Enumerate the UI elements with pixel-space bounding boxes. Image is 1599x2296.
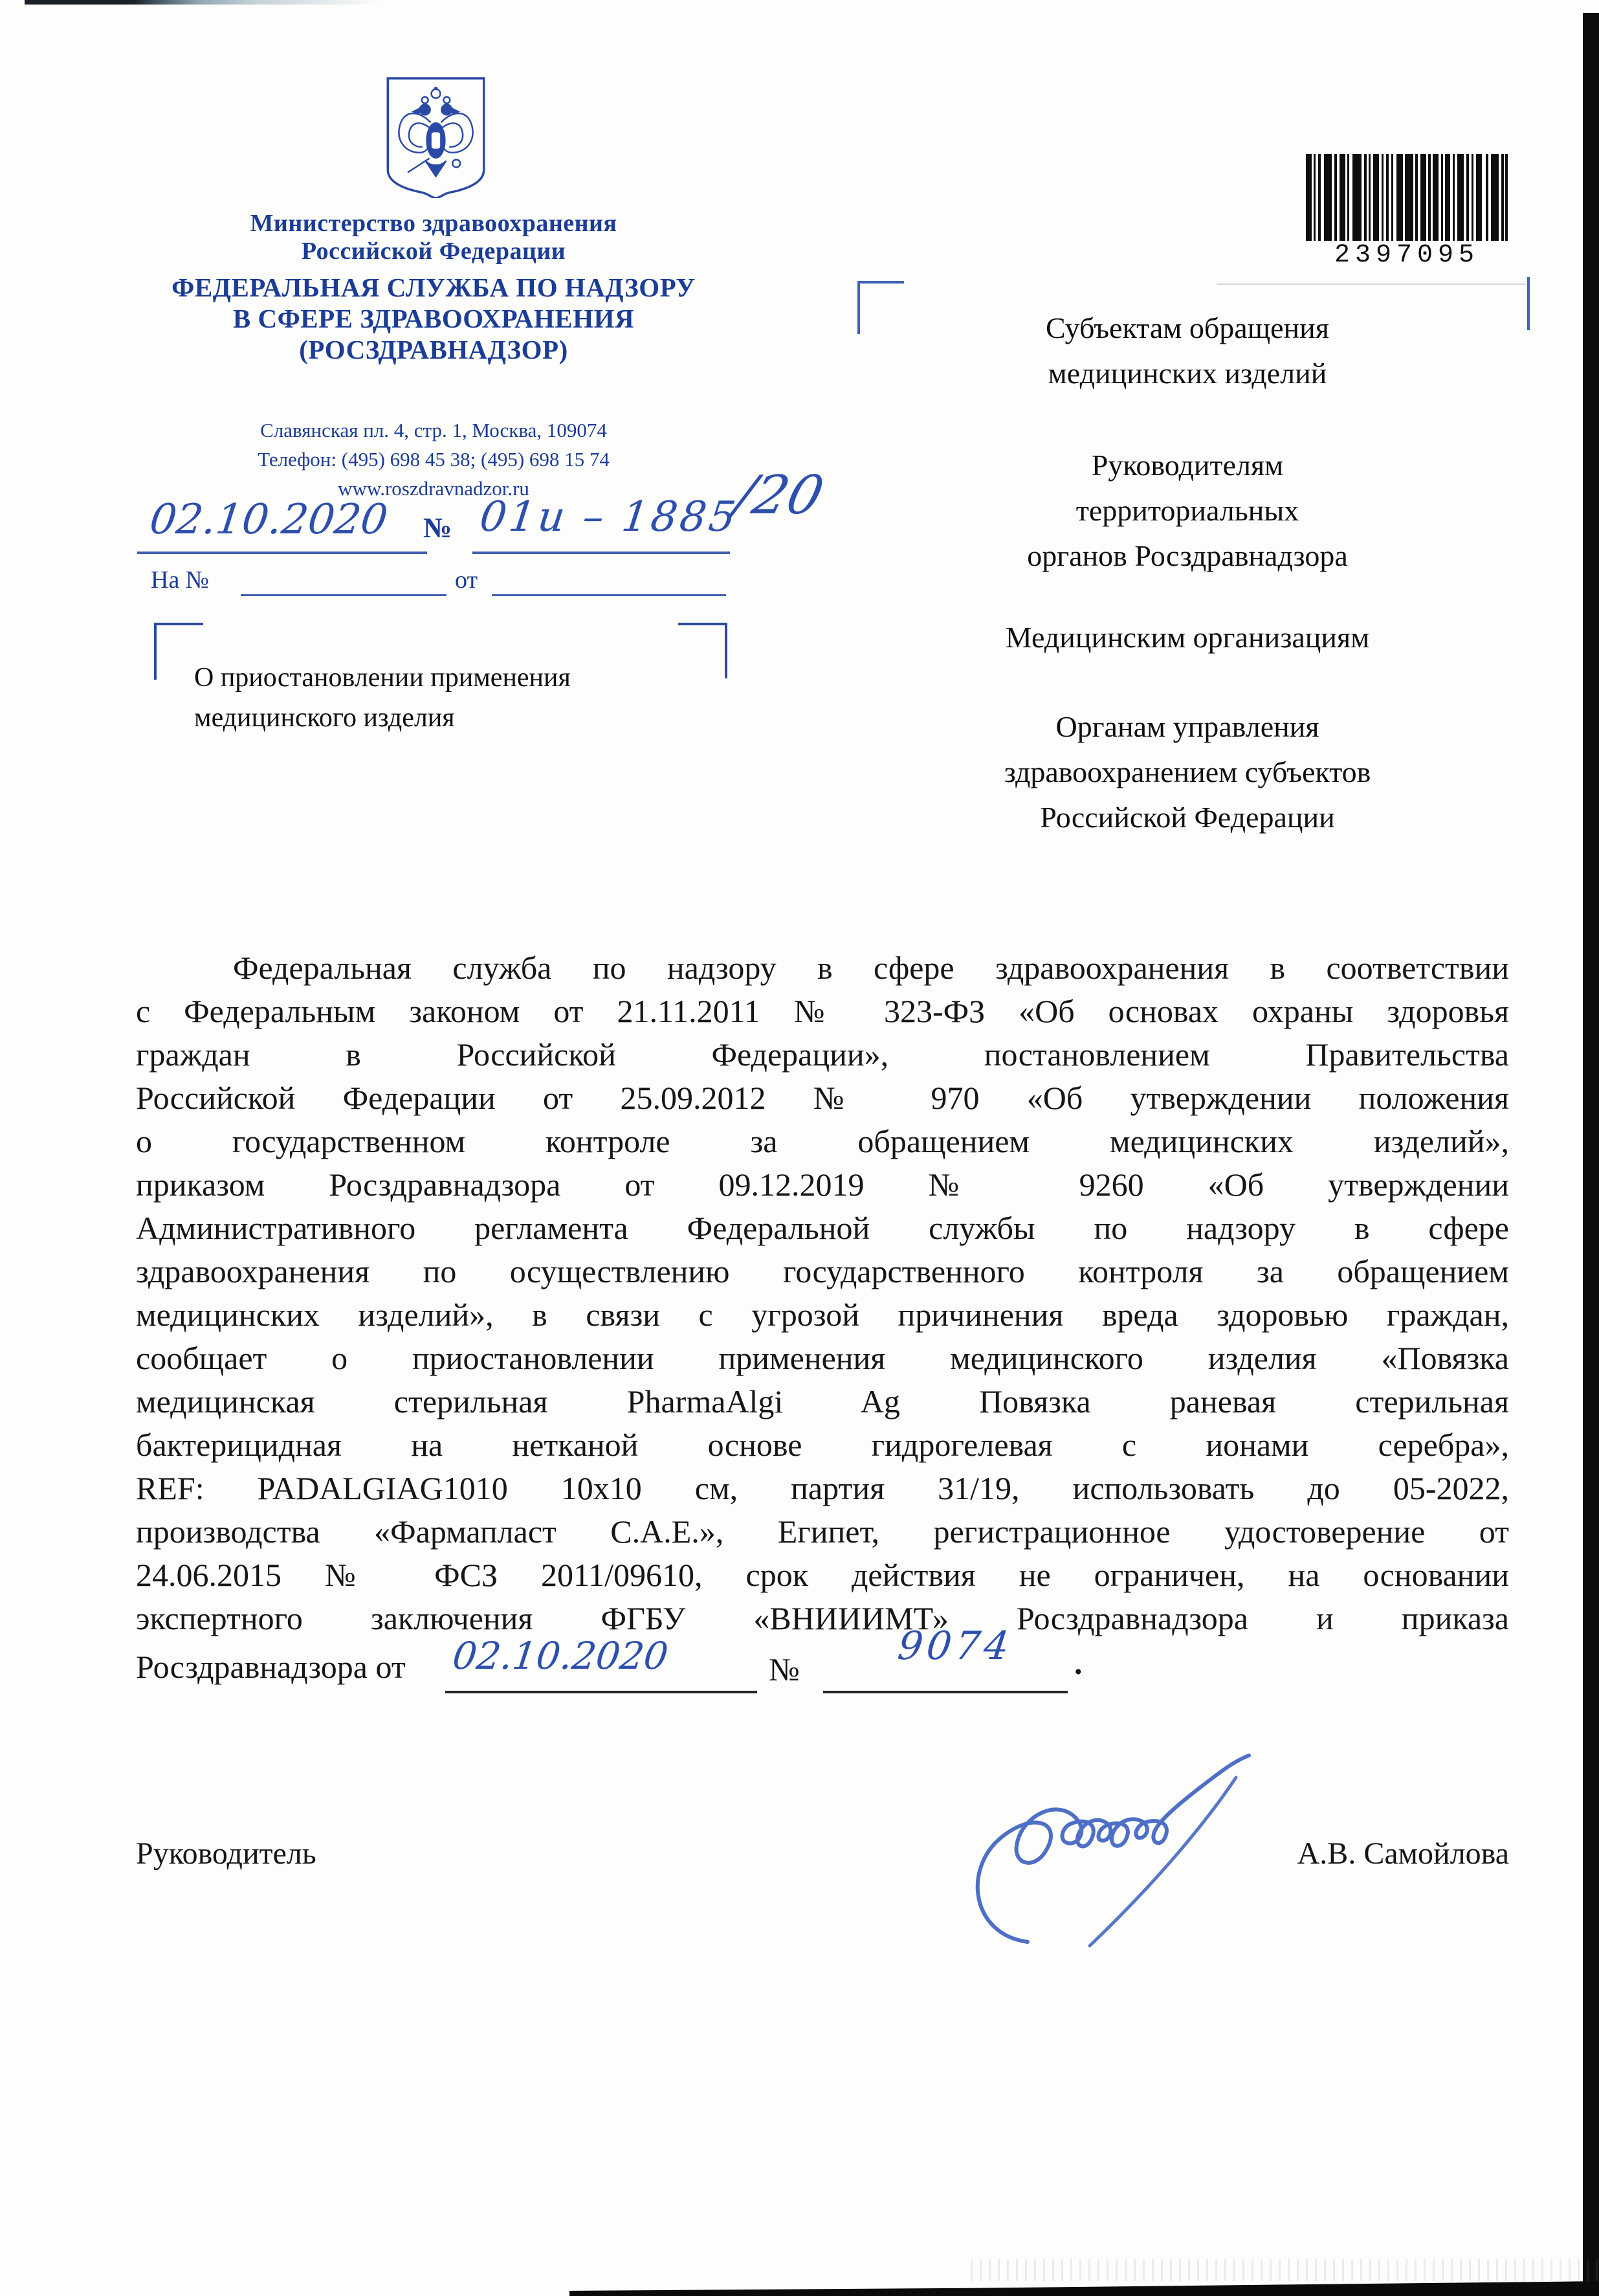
service-line3: (РОСЗДРАВНАДЗОР) [91,334,777,365]
scan-noise-bottom [971,2259,1599,2281]
body-line: о государственном контроле за обращением… [136,1120,1509,1163]
handwritten-order-date: 02.10.2020 [450,1634,670,1678]
addressee-line: Руководителям [848,443,1527,488]
addressee-line: здравоохранением субъектов [848,750,1527,795]
handwritten-reg-number: 01и – 1885 [477,493,740,541]
ministry-line2: Российской Федерации [91,238,777,265]
body-line: 24.06.2015 № ФСЗ 2011/09610, срок действ… [136,1554,1509,1597]
subject-line2: медицинского изделия [194,698,686,738]
document-page: Министерство здравоохранения Российской … [0,0,1599,2296]
order-number-underline [823,1691,1068,1693]
body-line: экспертного заключения ФГБУ «ВНИИИМТ» Ро… [136,1597,1509,1640]
body-line: граждан в Российской Федерации», постано… [136,1033,1509,1076]
handwritten-order-number: 9074 [896,1623,1015,1669]
order-line-prefix: Росздравнадзора от [136,1648,406,1686]
scan-strip-right [1583,13,1599,2296]
reg-date-underline [137,552,427,554]
barcode [1306,154,1508,241]
russia-coat-of-arms-icon [384,76,487,198]
service-line1: ФЕДЕРАЛЬНАЯ СЛУЖБА ПО НАДЗОРУ [91,272,777,303]
number-sign: № [423,511,452,544]
body-line: Федеральная служба по надзору в сфере зд… [136,946,1509,990]
reg-number-underline [472,552,730,554]
body-line: производства «Фармапласт С.А.Е.», Египет… [136,1510,1509,1554]
handwritten-reg-number-suffix: /20 [729,465,830,526]
address-fold-line [1217,284,1526,285]
body-line: медицинская стерильная PharmaAlgi Ag Пов… [136,1380,1509,1423]
scan-streak-top [25,0,413,5]
postal-address: Славянская пл. 4, стр. 1, Москва, 109074 [91,416,777,445]
body-line: Российской Федерации от 25.09.2012 № 970… [136,1076,1509,1120]
body-line: с Федеральным законом от 21.11.2011 № 32… [136,990,1509,1033]
reply-ot-label: от [455,566,478,594]
phone-numbers: Телефон: (495) 698 45 38; (495) 698 15 7… [91,445,777,474]
order-date-underline [445,1691,757,1693]
service-line2: В СФЕРЕ ЗДРАВООХРАНЕНИЯ [91,303,777,334]
addressee-line: территориальных [848,488,1527,533]
ministry-name: Министерство здравоохранения Российской … [91,210,777,265]
body-line: приказом Росздравнадзора от 09.12.2019 №… [136,1163,1509,1207]
addressee-line: Медицинским организациям [848,615,1527,660]
order-number-sign: № [769,1651,800,1688]
body-line: бактерицидная на нетканой основе гидроге… [136,1423,1509,1467]
service-name: ФЕДЕРАЛЬНАЯ СЛУЖБА ПО НАДЗОРУ В СФЕРЕ ЗД… [91,272,777,365]
signature-autograph [874,1740,1275,1954]
addressee-block-2: Руководителям территориальных органов Ро… [848,443,1527,579]
address-corner-mark-left-h [857,281,904,284]
reply-number-blank [241,594,447,596]
handwritten-reg-date: 02.10.2020 [147,496,390,544]
subject-corner-left-h [154,623,203,625]
addressee-block-4: Органам управления здравоохранением субъ… [848,704,1527,840]
ministry-line1: Министерство здравоохранения [91,210,777,238]
address-corner-mark-right-v [1527,277,1530,330]
body-line: Административного регламента Федеральной… [136,1207,1509,1250]
signer-title: Руководитель [136,1836,316,1871]
body-line: сообщает о приостановлении применения ме… [136,1337,1509,1380]
body-line: медицинских изделий», в связи с угрозой … [136,1293,1509,1337]
barcode-digits: 2397095 [1306,241,1508,270]
subject-corner-right-v [725,623,727,678]
addressee-line: Субъектам обращения [848,306,1527,351]
signer-name: А.В. Самойлова [1230,1836,1509,1871]
reply-date-blank [492,594,726,596]
addressee-line: медицинских изделий [848,351,1527,396]
subject-corner-right-h [678,623,727,625]
body-paragraph: Федеральная служба по надзору в сфере зд… [136,946,1509,1640]
addressee-line: Органам управления [848,704,1527,750]
reply-na-label: На № [151,566,209,594]
order-line-period: . [1074,1644,1083,1682]
addressee-block-1: Субъектам обращения медицинских изделий [848,306,1527,396]
subject-corner-left-v [154,623,157,680]
addressee-line: органов Росздравнадзора [848,533,1527,579]
addressee-line: Российской Федерации [848,795,1527,840]
subject-block: О приостановлении применения медицинског… [194,658,686,738]
contact-block: Славянская пл. 4, стр. 1, Москва, 109074… [91,416,777,503]
subject-line1: О приостановлении применения [194,658,686,698]
body-line: REF: PADALGIAG1010 10x10 см, партия 31/1… [136,1467,1509,1510]
body-line: здравоохранения по осуществлению государ… [136,1250,1509,1293]
addressee-block-3: Медицинским организациям [848,615,1527,660]
